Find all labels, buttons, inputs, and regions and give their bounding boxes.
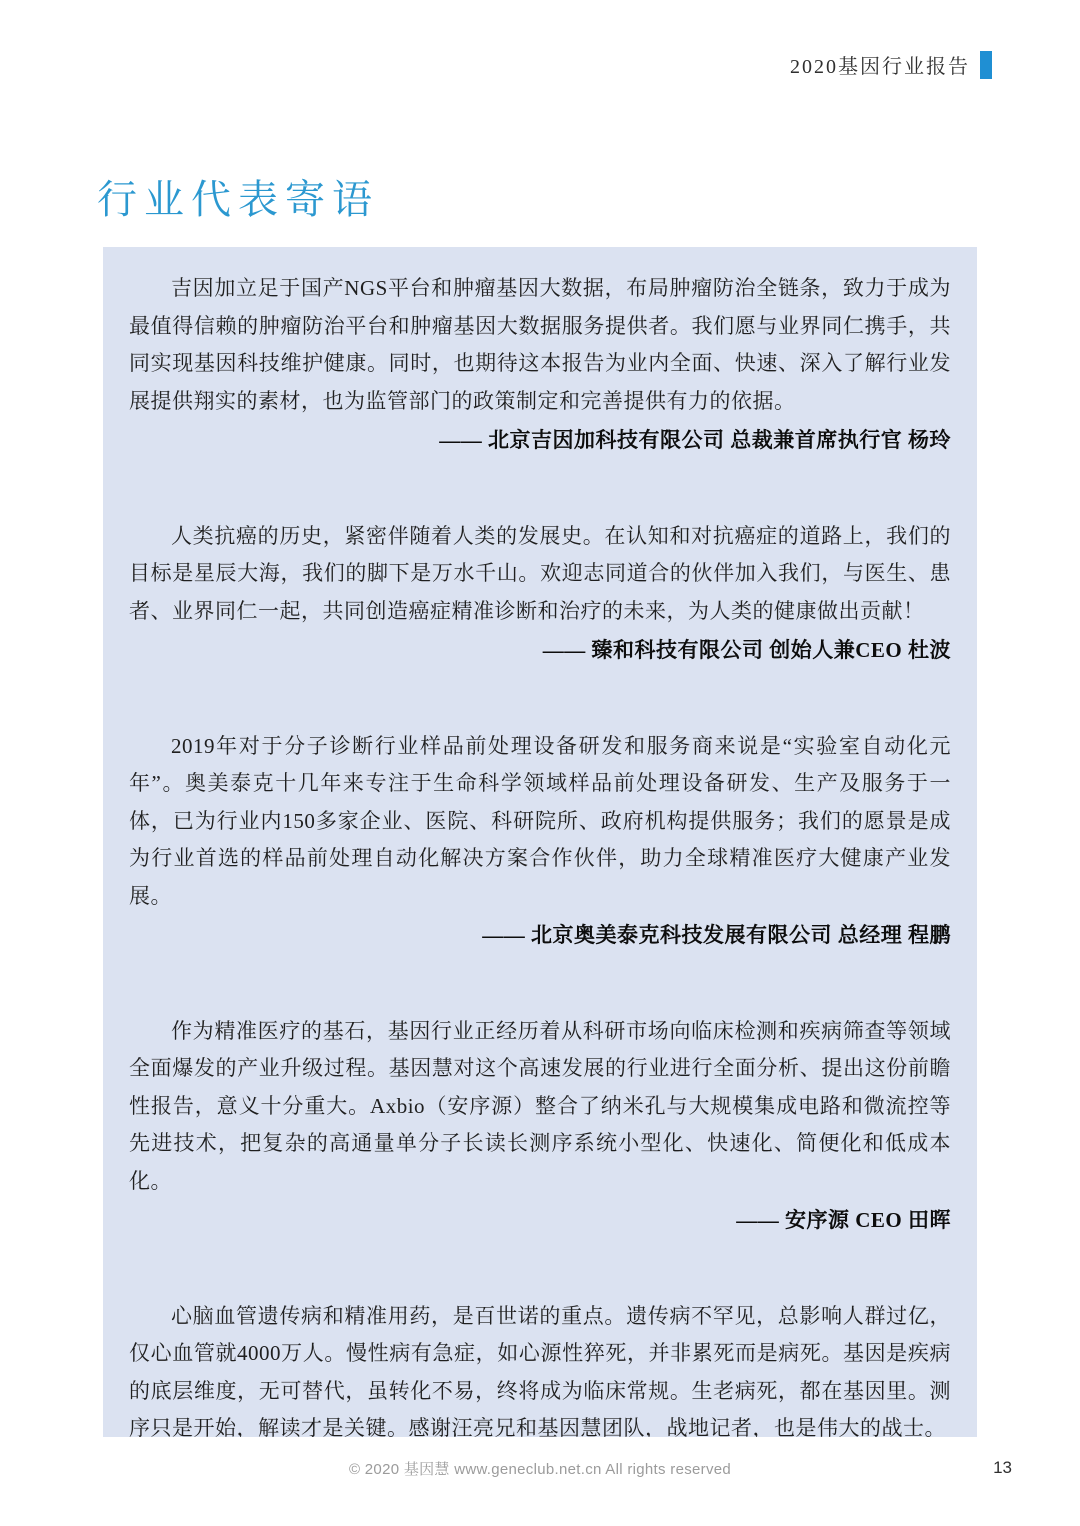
quote-text: 2019年对于分子诊断行业样品前处理设备研发和服务商来说是“实验室自动化元年”。… <box>129 728 951 916</box>
quote-block: 心脑血管遗传病和精准用药，是百世诺的重点。遗传病不罕见，总影响人群过亿，仅心血管… <box>129 1298 951 1438</box>
quote-text: 心脑血管遗传病和精准用药，是百世诺的重点。遗传病不罕见，总影响人群过亿，仅心血管… <box>129 1298 951 1438</box>
page-footer: © 2020 基因慧 www.geneclub.net.cn All right… <box>0 1458 1080 1488</box>
copyright-text: © 2020 基因慧 www.geneclub.net.cn All right… <box>0 1458 1080 1479</box>
quote-block: 2019年对于分子诊断行业样品前处理设备研发和服务商来说是“实验室自动化元年”。… <box>129 728 951 955</box>
quote-text: 作为精准医疗的基石，基因行业正经历着从科研市场向临床检测和疾病筛查等领域全面爆发… <box>129 1013 951 1201</box>
quote-block: 作为精准医疗的基石，基因行业正经历着从科研市场向临床检测和疾病筛查等领域全面爆发… <box>129 1013 951 1240</box>
page-header: 2020基因行业报告 <box>790 50 992 79</box>
quote-block: 人类抗癌的历史，紧密伴随着人类的发展史。在认知和对抗癌症的道路上，我们的目标是星… <box>129 518 951 670</box>
quote-block: 吉因加立足于国产NGS平台和肿瘤基因大数据，布局肿瘤防治全链条，致力于成为最值得… <box>129 270 951 460</box>
quotes-panel: 吉因加立足于国产NGS平台和肿瘤基因大数据，布局肿瘤防治全链条，致力于成为最值得… <box>103 247 977 1437</box>
quote-attribution: —— 臻和科技有限公司 创始人兼CEO 杜波 <box>129 632 951 670</box>
report-title: 2020基因行业报告 <box>790 50 970 79</box>
quote-attribution: —— 北京吉因加科技有限公司 总裁兼首席执行官 杨玲 <box>129 422 951 460</box>
quote-text: 人类抗癌的历史，紧密伴随着人类的发展史。在认知和对抗癌症的道路上，我们的目标是星… <box>129 518 951 631</box>
page-number: 13 <box>993 1458 1012 1478</box>
header-accent-bar <box>980 51 992 79</box>
section-title: 行业代表寄语 <box>97 168 379 225</box>
quote-attribution: —— 安序源 CEO 田晖 <box>129 1202 951 1240</box>
quote-text: 吉因加立足于国产NGS平台和肿瘤基因大数据，布局肿瘤防治全链条，致力于成为最值得… <box>129 270 951 420</box>
quote-attribution: —— 北京奥美泰克科技发展有限公司 总经理 程鹏 <box>129 917 951 955</box>
